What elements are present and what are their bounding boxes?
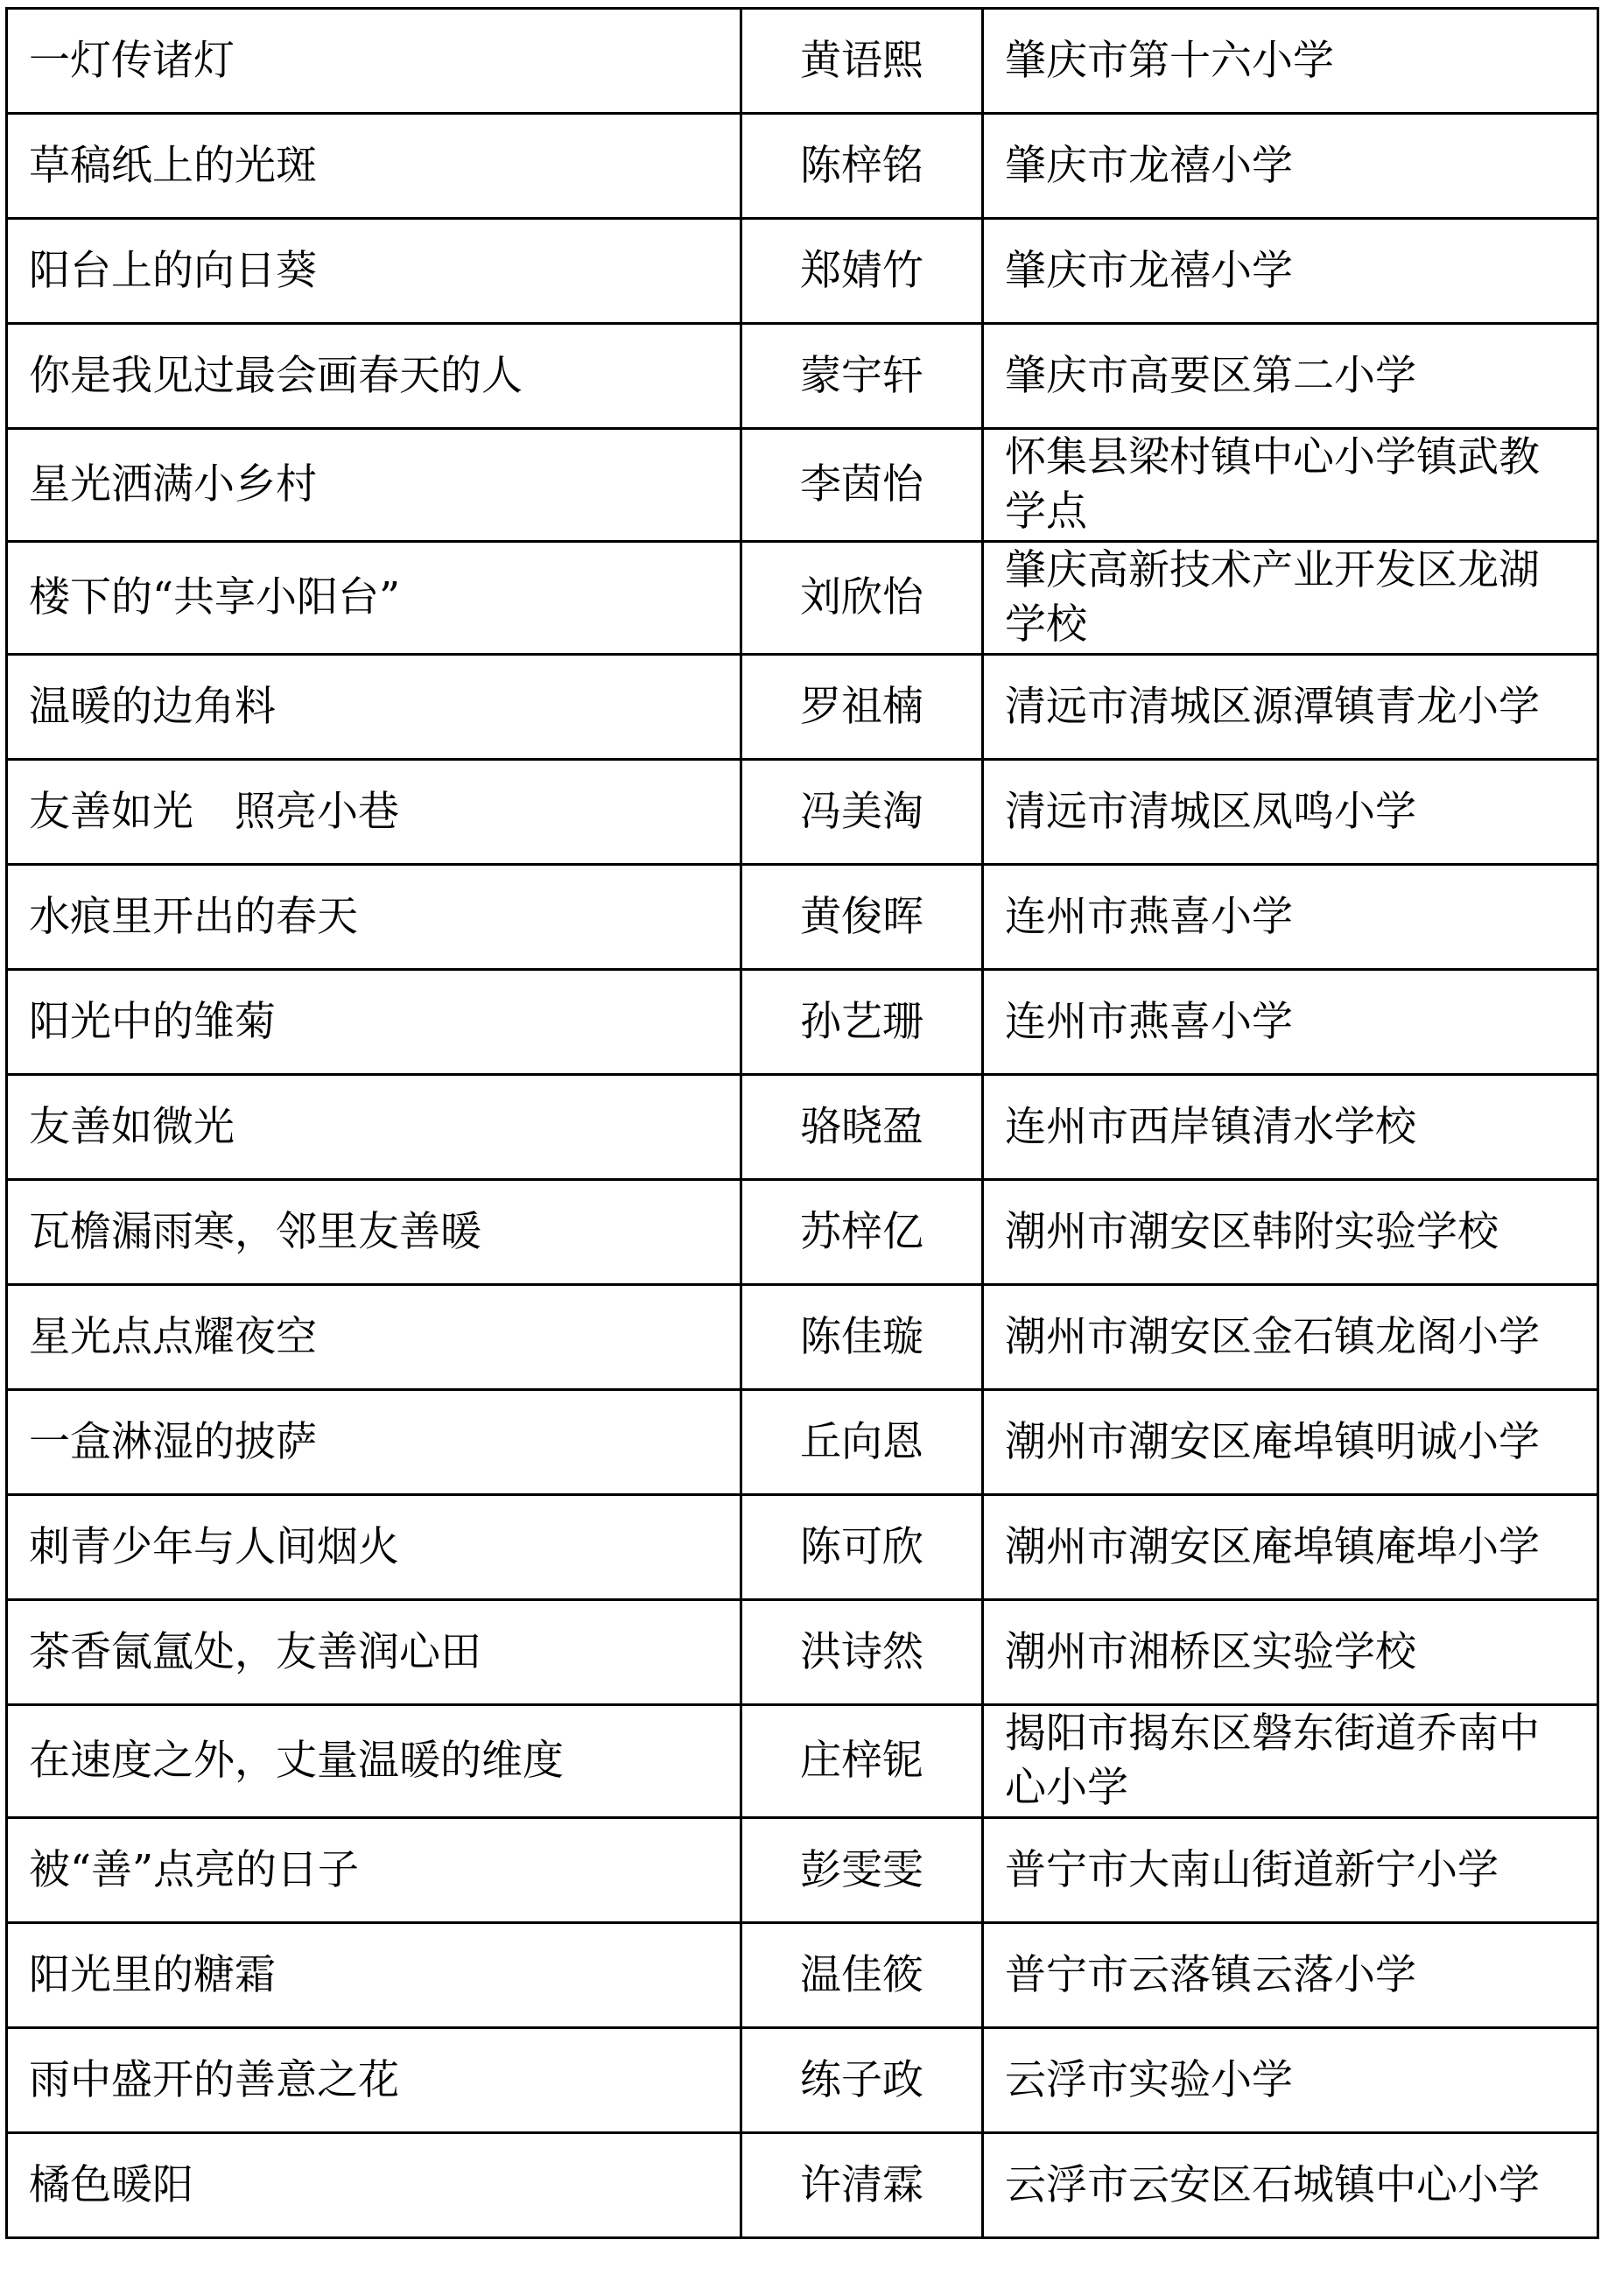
work-title: 被“善”点亮的日子: [7, 1818, 741, 1923]
author-name: 彭雯雯: [741, 1818, 983, 1923]
school-name: 肇庆市龙禧小学: [983, 219, 1598, 324]
table-row: 草稿纸上的光斑 陈梓铭 肇庆市龙禧小学: [7, 114, 1598, 219]
table-row: 被“善”点亮的日子 彭雯雯 普宁市大南山街道新宁小学: [7, 1818, 1598, 1923]
school-name: 连州市燕喜小学: [983, 970, 1598, 1075]
author-name: 许清霖: [741, 2133, 983, 2238]
work-title: 你是我见过最会画春天的人: [7, 324, 741, 429]
school-name: 肇庆市高要区第二小学: [983, 324, 1598, 429]
author-name: 郑婧竹: [741, 219, 983, 324]
school-name: 普宁市云落镇云落小学: [983, 1923, 1598, 2028]
school-name: 连州市西岸镇清水学校: [983, 1075, 1598, 1180]
school-name: 潮州市潮安区庵埠镇明诚小学: [983, 1390, 1598, 1495]
table-row: 星光点点耀夜空 陈佳璇 潮州市潮安区金石镇龙阁小学: [7, 1285, 1598, 1390]
award-list-table: 一灯传诸灯 黄语熙 肇庆市第十六小学 草稿纸上的光斑 陈梓铭 肇庆市龙禧小学 阳…: [5, 7, 1599, 2239]
table-row: 星光洒满小乡村 李茵怡 怀集县梁村镇中心小学镇武教学点: [7, 429, 1598, 542]
work-title: 水痕里开出的春天: [7, 865, 741, 970]
author-name: 刘欣怡: [741, 542, 983, 655]
work-title: 瓦檐漏雨寒，邻里友善暖: [7, 1180, 741, 1285]
work-title: 阳光里的糖霜: [7, 1923, 741, 2028]
work-title: 楼下的“共享小阳台”: [7, 542, 741, 655]
school-name: 清远市清城区凤鸣小学: [983, 760, 1598, 865]
table-row: 阳光中的雏菊 孙艺珊 连州市燕喜小学: [7, 970, 1598, 1075]
work-title: 温暖的边角料: [7, 655, 741, 760]
table-row: 阳台上的向日葵 郑婧竹 肇庆市龙禧小学: [7, 219, 1598, 324]
author-name: 陈梓铭: [741, 114, 983, 219]
work-title: 橘色暖阳: [7, 2133, 741, 2238]
table-row: 阳光里的糖霜 温佳筱 普宁市云落镇云落小学: [7, 1923, 1598, 2028]
work-title: 刺青少年与人间烟火: [7, 1495, 741, 1600]
table-row: 橘色暖阳 许清霖 云浮市云安区石城镇中心小学: [7, 2133, 1598, 2238]
school-name: 怀集县梁村镇中心小学镇武教学点: [983, 429, 1598, 542]
author-name: 黄俊晖: [741, 865, 983, 970]
school-name: 肇庆高新技术产业开发区龙湖学校: [983, 542, 1598, 655]
work-title: 星光洒满小乡村: [7, 429, 741, 542]
author-name: 丘向恩: [741, 1390, 983, 1495]
author-name: 苏梓亿: [741, 1180, 983, 1285]
school-name: 肇庆市龙禧小学: [983, 114, 1598, 219]
table-row: 一灯传诸灯 黄语熙 肇庆市第十六小学: [7, 9, 1598, 114]
table-row: 茶香氤氲处，友善润心田 洪诗然 潮州市湘桥区实验学校: [7, 1600, 1598, 1705]
table-row: 友善如光 照亮小巷 冯美淘 清远市清城区凤鸣小学: [7, 760, 1598, 865]
school-name: 肇庆市第十六小学: [983, 9, 1598, 114]
work-title: 雨中盛开的善意之花: [7, 2028, 741, 2133]
table-row: 友善如微光 骆晓盈 连州市西岸镇清水学校: [7, 1075, 1598, 1180]
author-name: 黄语熙: [741, 9, 983, 114]
author-name: 温佳筱: [741, 1923, 983, 2028]
school-name: 清远市清城区源潭镇青龙小学: [983, 655, 1598, 760]
work-title: 阳台上的向日葵: [7, 219, 741, 324]
author-name: 洪诗然: [741, 1600, 983, 1705]
school-name: 潮州市潮安区金石镇龙阁小学: [983, 1285, 1598, 1390]
work-title: 草稿纸上的光斑: [7, 114, 741, 219]
school-name: 潮州市潮安区韩附实验学校: [983, 1180, 1598, 1285]
author-name: 罗祖楠: [741, 655, 983, 760]
school-name: 潮州市湘桥区实验学校: [983, 1600, 1598, 1705]
author-name: 蒙宇轩: [741, 324, 983, 429]
work-title: 友善如光 照亮小巷: [7, 760, 741, 865]
author-name: 陈可欣: [741, 1495, 983, 1600]
author-name: 庄梓铌: [741, 1705, 983, 1818]
school-name: 云浮市云安区石城镇中心小学: [983, 2133, 1598, 2238]
work-title: 一灯传诸灯: [7, 9, 741, 114]
work-title: 在速度之外，丈量温暖的维度: [7, 1705, 741, 1818]
author-name: 李茵怡: [741, 429, 983, 542]
work-title: 星光点点耀夜空: [7, 1285, 741, 1390]
table-row: 楼下的“共享小阳台” 刘欣怡 肇庆高新技术产业开发区龙湖学校: [7, 542, 1598, 655]
school-name: 云浮市实验小学: [983, 2028, 1598, 2133]
work-title: 友善如微光: [7, 1075, 741, 1180]
table-row: 雨中盛开的善意之花 练子政 云浮市实验小学: [7, 2028, 1598, 2133]
table-row: 一盒淋湿的披萨 丘向恩 潮州市潮安区庵埠镇明诚小学: [7, 1390, 1598, 1495]
table-row: 瓦檐漏雨寒，邻里友善暖 苏梓亿 潮州市潮安区韩附实验学校: [7, 1180, 1598, 1285]
author-name: 练子政: [741, 2028, 983, 2133]
table-row: 在速度之外，丈量温暖的维度 庄梓铌 揭阳市揭东区磐东街道乔南中心小学: [7, 1705, 1598, 1818]
school-name: 揭阳市揭东区磐东街道乔南中心小学: [983, 1705, 1598, 1818]
author-name: 骆晓盈: [741, 1075, 983, 1180]
author-name: 孙艺珊: [741, 970, 983, 1075]
author-name: 陈佳璇: [741, 1285, 983, 1390]
author-name: 冯美淘: [741, 760, 983, 865]
work-title: 茶香氤氲处，友善润心田: [7, 1600, 741, 1705]
school-name: 连州市燕喜小学: [983, 865, 1598, 970]
table-row: 温暖的边角料 罗祖楠 清远市清城区源潭镇青龙小学: [7, 655, 1598, 760]
table-row: 刺青少年与人间烟火 陈可欣 潮州市潮安区庵埠镇庵埠小学: [7, 1495, 1598, 1600]
table-row: 水痕里开出的春天 黄俊晖 连州市燕喜小学: [7, 865, 1598, 970]
table-row: 你是我见过最会画春天的人 蒙宇轩 肇庆市高要区第二小学: [7, 324, 1598, 429]
work-title: 一盒淋湿的披萨: [7, 1390, 741, 1495]
school-name: 潮州市潮安区庵埠镇庵埠小学: [983, 1495, 1598, 1600]
work-title: 阳光中的雏菊: [7, 970, 741, 1075]
school-name: 普宁市大南山街道新宁小学: [983, 1818, 1598, 1923]
